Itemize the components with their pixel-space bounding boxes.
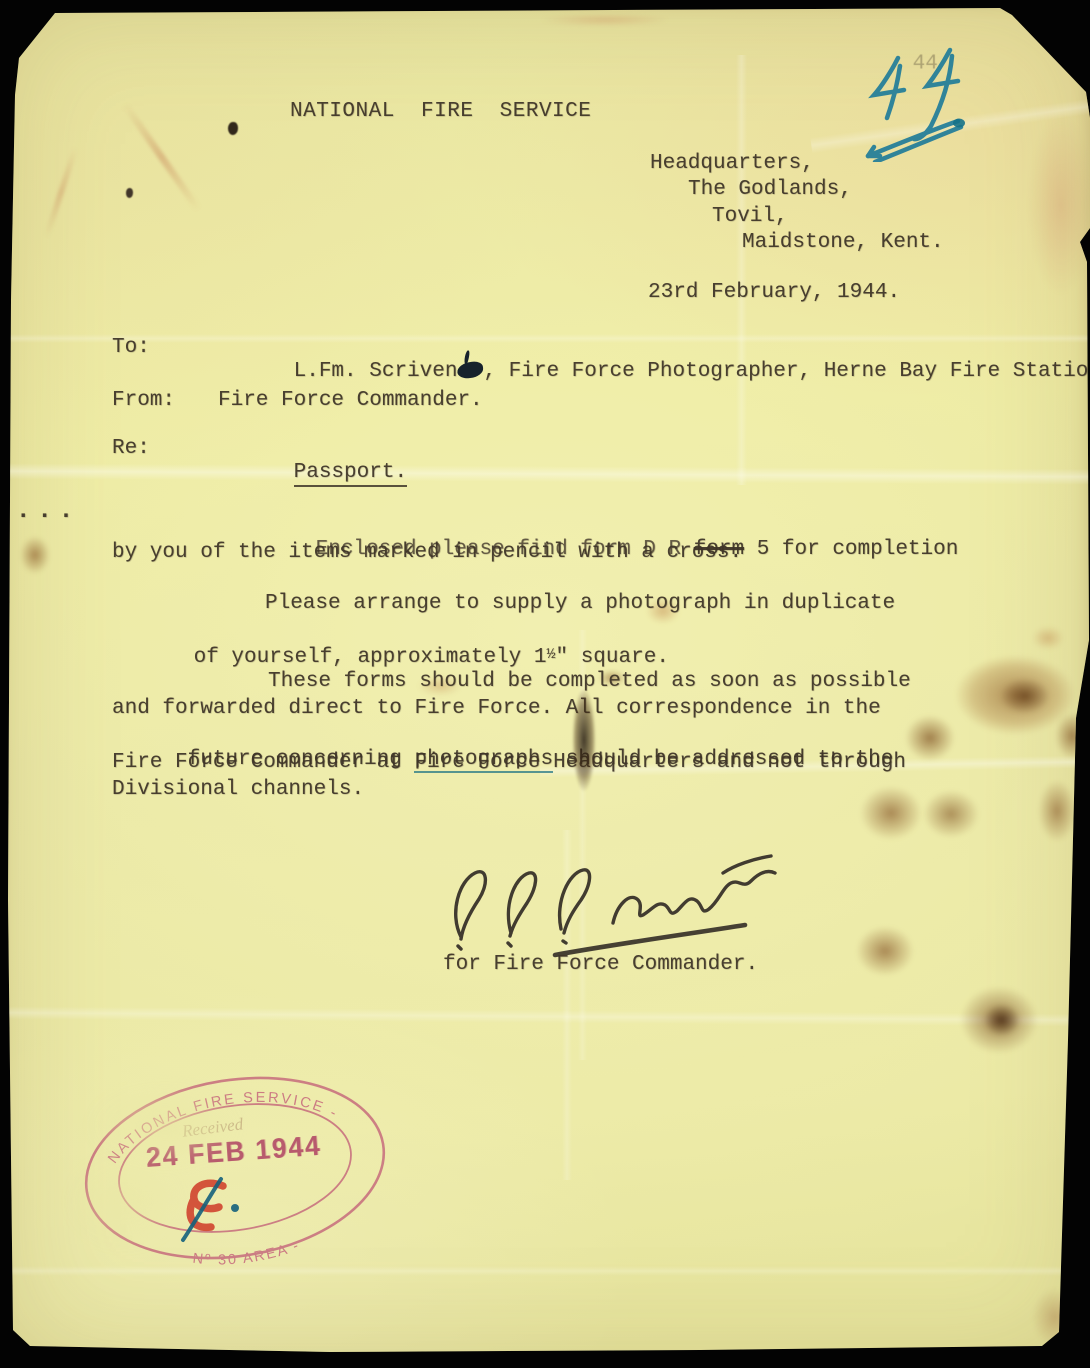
stain — [856, 926, 914, 976]
ink-drip — [572, 688, 596, 792]
stamp-fade — [70, 1156, 180, 1246]
margin-dots: ... — [16, 500, 80, 524]
page-title: 44 — [912, 52, 937, 76]
re-value: Passport. — [218, 437, 407, 509]
stain — [1028, 115, 1090, 295]
stain — [905, 715, 955, 761]
from-value: Fire Force Commander. — [218, 389, 483, 413]
body-line: Fire Force Commander at Fire Force Headq… — [112, 751, 906, 775]
checking-initials — [175, 1174, 250, 1246]
scanned-letter-page: 44 NATIONAL FIRE SERVICE Headquarters, T… — [0, 0, 1090, 1368]
stain — [1032, 626, 1064, 650]
signature — [415, 843, 805, 965]
speck — [228, 122, 238, 135]
stain — [955, 655, 1075, 735]
to-value-post: , Fire Force Photographer, Herne Bay Fir… — [483, 360, 1090, 383]
paper-sheet: 44 NATIONAL FIRE SERVICE Headquarters, T… — [0, 0, 1090, 1368]
ink-blot — [457, 361, 485, 380]
fold-line — [0, 1006, 1090, 1027]
stain — [1038, 780, 1076, 842]
stamp-fade — [90, 1086, 240, 1166]
letterhead-title: NATIONAL FIRE SERVICE — [290, 100, 591, 124]
scratch-mark — [43, 146, 78, 238]
address-line: Maidstone, Kent. — [742, 231, 944, 255]
fold-line — [736, 55, 747, 485]
from-label: From: — [112, 389, 175, 413]
re-value-text: Passport. — [294, 461, 407, 487]
stain — [923, 790, 979, 838]
stain — [1032, 1288, 1078, 1346]
p2-pre: of yourself, approximately 1 — [194, 646, 547, 669]
stain — [20, 536, 50, 574]
address-line: The Godlands, — [688, 178, 852, 202]
body-line: by you of the items marked in pencil wit… — [112, 541, 742, 565]
body-line: and forwarded direct to Fire Force. All … — [112, 697, 881, 721]
to-value-pre: L.Fm. Scriven — [294, 360, 458, 383]
stain — [984, 1004, 1020, 1036]
body-line: Divisional channels. — [112, 778, 364, 802]
speck — [126, 188, 133, 198]
scratch-mark — [121, 102, 201, 213]
body-line: Please arrange to supply a photograph in… — [265, 592, 895, 616]
p2-fraction: ½ — [546, 646, 555, 663]
address-line: Headquarters, — [650, 152, 814, 176]
stain — [1000, 678, 1050, 714]
stain — [960, 986, 1038, 1054]
address-line: Tovil, — [712, 205, 788, 229]
received-stamp: NATIONAL FIRE SERVICE - Nº 30 AREA - Rec… — [70, 1066, 410, 1281]
signature-credit: for Fire Force Commander. — [443, 953, 758, 977]
body-line: These forms should be completed as soon … — [268, 670, 911, 694]
to-label: To: — [112, 336, 150, 360]
stain — [540, 14, 670, 26]
p2-post: " square. — [556, 646, 669, 669]
p1-post: 5 for completion — [744, 538, 958, 561]
letter-date: 23rd February, 1944. — [648, 281, 900, 305]
stain — [1055, 713, 1090, 759]
fold-line — [0, 463, 1090, 485]
re-label: Re: — [112, 437, 150, 461]
